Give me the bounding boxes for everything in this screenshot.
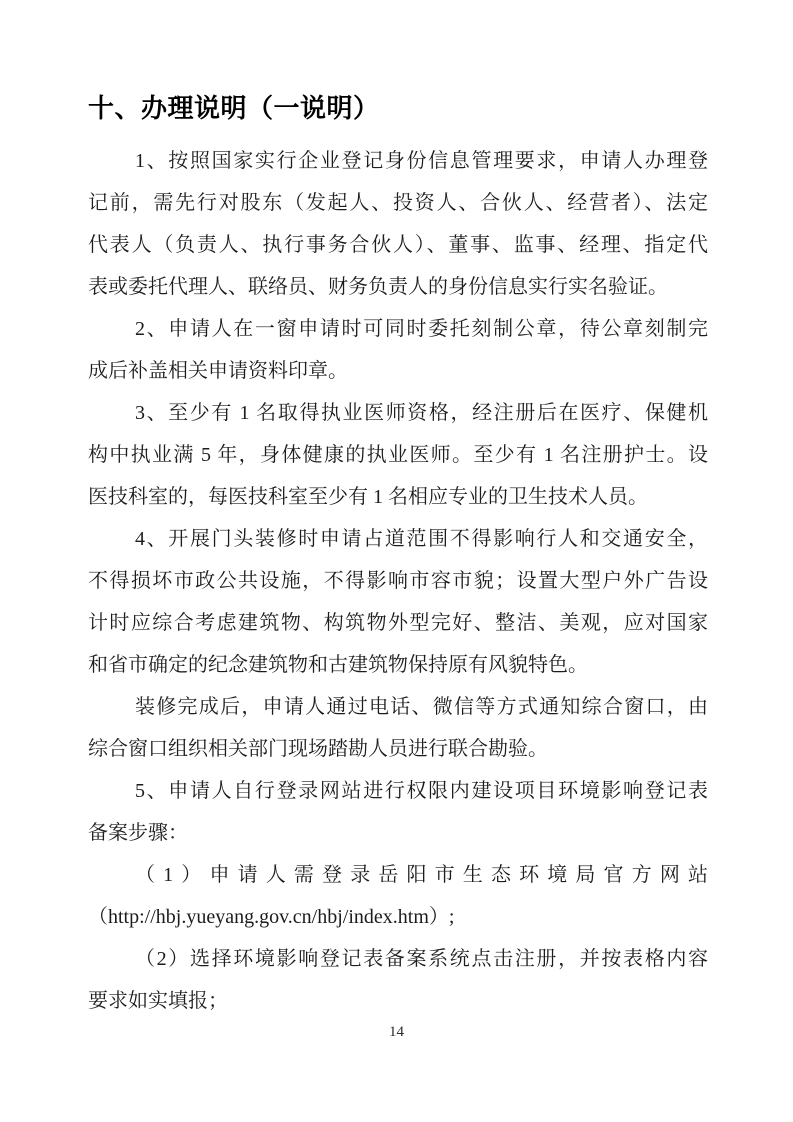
page-footer: 14 (0, 1024, 793, 1040)
page-number: 14 (389, 1024, 404, 1040)
text-line: 4、开展门头装修时申请占道范围不得影响行人和交通安全， (88, 518, 708, 560)
text-line: 计时应综合考虑建筑物、构筑物外型完好、整洁、美观，应对国家 (88, 602, 708, 644)
text-line: （http://hbj.yueyang.gov.cn/hbj/index.htm… (88, 896, 708, 938)
text-line: 构中执业满 5 年，身体健康的执业医师。至少有 1 名注册护士。设 (88, 434, 708, 476)
text-line: 成后补盖相关申请资料印章。 (88, 350, 708, 392)
page-title: 十、办理说明（一说明） (88, 92, 708, 124)
text-line: 综合窗口组织相关部门现场踏勘人员进行联合勘验。 (88, 728, 708, 770)
text-line: （2）选择环境影响登记表备案系统点击注册，并按表格内容 (88, 938, 708, 980)
text-line: 2、申请人在一窗申请时可同时委托刻制公章，待公章刻制完 (88, 308, 708, 350)
document-page: 十、办理说明（一说明） 1、按照国家实行企业登记身份信息管理要求，申请人办理登记… (0, 0, 793, 1122)
text-line: 表或委托代理人、联络员、财务负责人的身份信息实行实名验证。 (88, 266, 708, 308)
text-line: 要求如实填报； (88, 980, 708, 1022)
text-line: 代表人（负责人、执行事务合伙人）、董事、监事、经理、指定代 (88, 224, 708, 266)
text-line: 不得损坏市政公共设施，不得影响市容市貌；设置大型户外广告设 (88, 560, 708, 602)
text-line: 3、至少有 1 名取得执业医师资格，经注册后在医疗、保健机 (88, 392, 708, 434)
document-body: 1、按照国家实行企业登记身份信息管理要求，申请人办理登记前，需先行对股东（发起人… (88, 140, 708, 1022)
text-line: 5、申请人自行登录网站进行权限内建设项目环境影响登记表 (88, 770, 708, 812)
text-line: 医技科室的，每医技科室至少有 1 名相应专业的卫生技术人员。 (88, 476, 708, 518)
text-line: 记前，需先行对股东（发起人、投资人、合伙人、经营者）、法定 (88, 182, 708, 224)
text-line: （1）申请人需登录岳阳市生态环境局官方网站 (88, 854, 708, 896)
text-line: 1、按照国家实行企业登记身份信息管理要求，申请人办理登 (88, 140, 708, 182)
text-line: 装修完成后，申请人通过电话、微信等方式通知综合窗口，由 (88, 686, 708, 728)
text-line: 备案步骤： (88, 812, 708, 854)
document-content: 十、办理说明（一说明） 1、按照国家实行企业登记身份信息管理要求，申请人办理登记… (88, 92, 708, 1022)
text-line: 和省市确定的纪念建筑物和古建筑物保持原有风貌特色。 (88, 644, 708, 686)
